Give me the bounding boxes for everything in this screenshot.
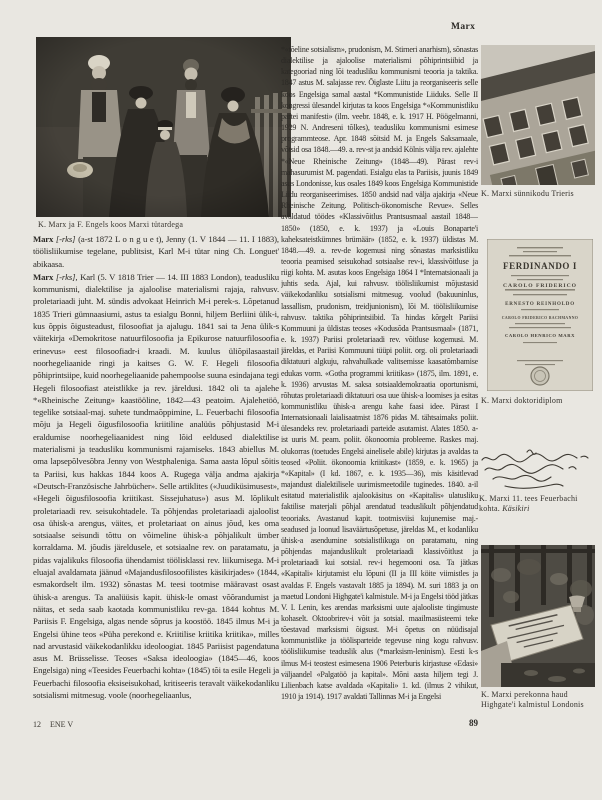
- grave-image: [481, 545, 595, 687]
- manuscript-image: [479, 447, 591, 491]
- manuscript-figure: [479, 447, 591, 491]
- birthplace-figure: [481, 45, 595, 185]
- diploma-name-3: CAROLO FRIDERICO BACHMANNO: [502, 316, 578, 320]
- birthplace-caption: K. Marxi sünnikodu Trieris: [481, 189, 597, 199]
- family-photo-figure: [36, 37, 291, 217]
- left-text-column: Marx [-rks] (a-st 1872 L o n g u e t), J…: [33, 233, 279, 707]
- entry-karl-text-left: Karl (5. V 1818 Trier — 14. III 1883 Lon…: [33, 272, 279, 700]
- grave-caption: K. Marxi perekonna haud Highgate'i kalmi…: [481, 690, 595, 710]
- family-photo-caption: K. Marx ja F. Engels koos Marxi tütardeg…: [38, 220, 288, 229]
- family-photo-image: [36, 37, 291, 217]
- footer: 12ENE V: [33, 720, 73, 729]
- manuscript-caption: K. Marxi 11. tees Feuerbachi kohta. Käsi…: [479, 494, 591, 514]
- entry-karl-term: Marx: [33, 272, 53, 282]
- diploma-seal-shape: [531, 367, 549, 385]
- manuscript-caption-italic: Käsikiri: [502, 504, 529, 513]
- entry-karl-pron: [-rks],: [56, 272, 78, 282]
- entry-jenny: Marx [-rks] (a-st 1872 L o n g u e t), J…: [33, 233, 279, 270]
- diploma-heading: FERDINANDO I: [503, 261, 577, 271]
- page-number: 89: [456, 718, 478, 728]
- entry-karl-text-right: *«tõeline sotsialism», prudonism, M. Sti…: [281, 45, 478, 701]
- entry-jenny-pron: [-rks]: [56, 234, 76, 244]
- entry-karl: Marx [-rks], Karl (5. V 1818 Trier — 14.…: [33, 271, 279, 701]
- diploma-caption: K. Marxi doktoridiplom: [481, 396, 597, 406]
- encyclopedia-page: Marx: [0, 0, 602, 800]
- footer-page-number: 12: [33, 720, 41, 729]
- right-text-column: *«tõeline sotsialism», prudonism, M. Sti…: [281, 44, 478, 708]
- entry-jenny-term: Marx: [33, 234, 53, 244]
- diploma-name-1: CAROLO FRIDERICO: [503, 283, 577, 289]
- page-header: Marx: [451, 22, 475, 32]
- grave-figure: [481, 545, 595, 687]
- diploma-name-2: ERNESTO REINHOLDO: [505, 302, 575, 307]
- birthplace-image: [481, 45, 595, 185]
- diploma-figure: FERDINANDO I CAROLO FRIDERICO ERNESTO RE…: [487, 239, 593, 391]
- diploma-name-4: CAROLO HENRICO MARX: [505, 333, 575, 338]
- footer-edition: ENE V: [50, 720, 73, 729]
- diploma-image: FERDINANDO I CAROLO FRIDERICO ERNESTO RE…: [487, 239, 593, 391]
- ground-shape: [501, 663, 595, 687]
